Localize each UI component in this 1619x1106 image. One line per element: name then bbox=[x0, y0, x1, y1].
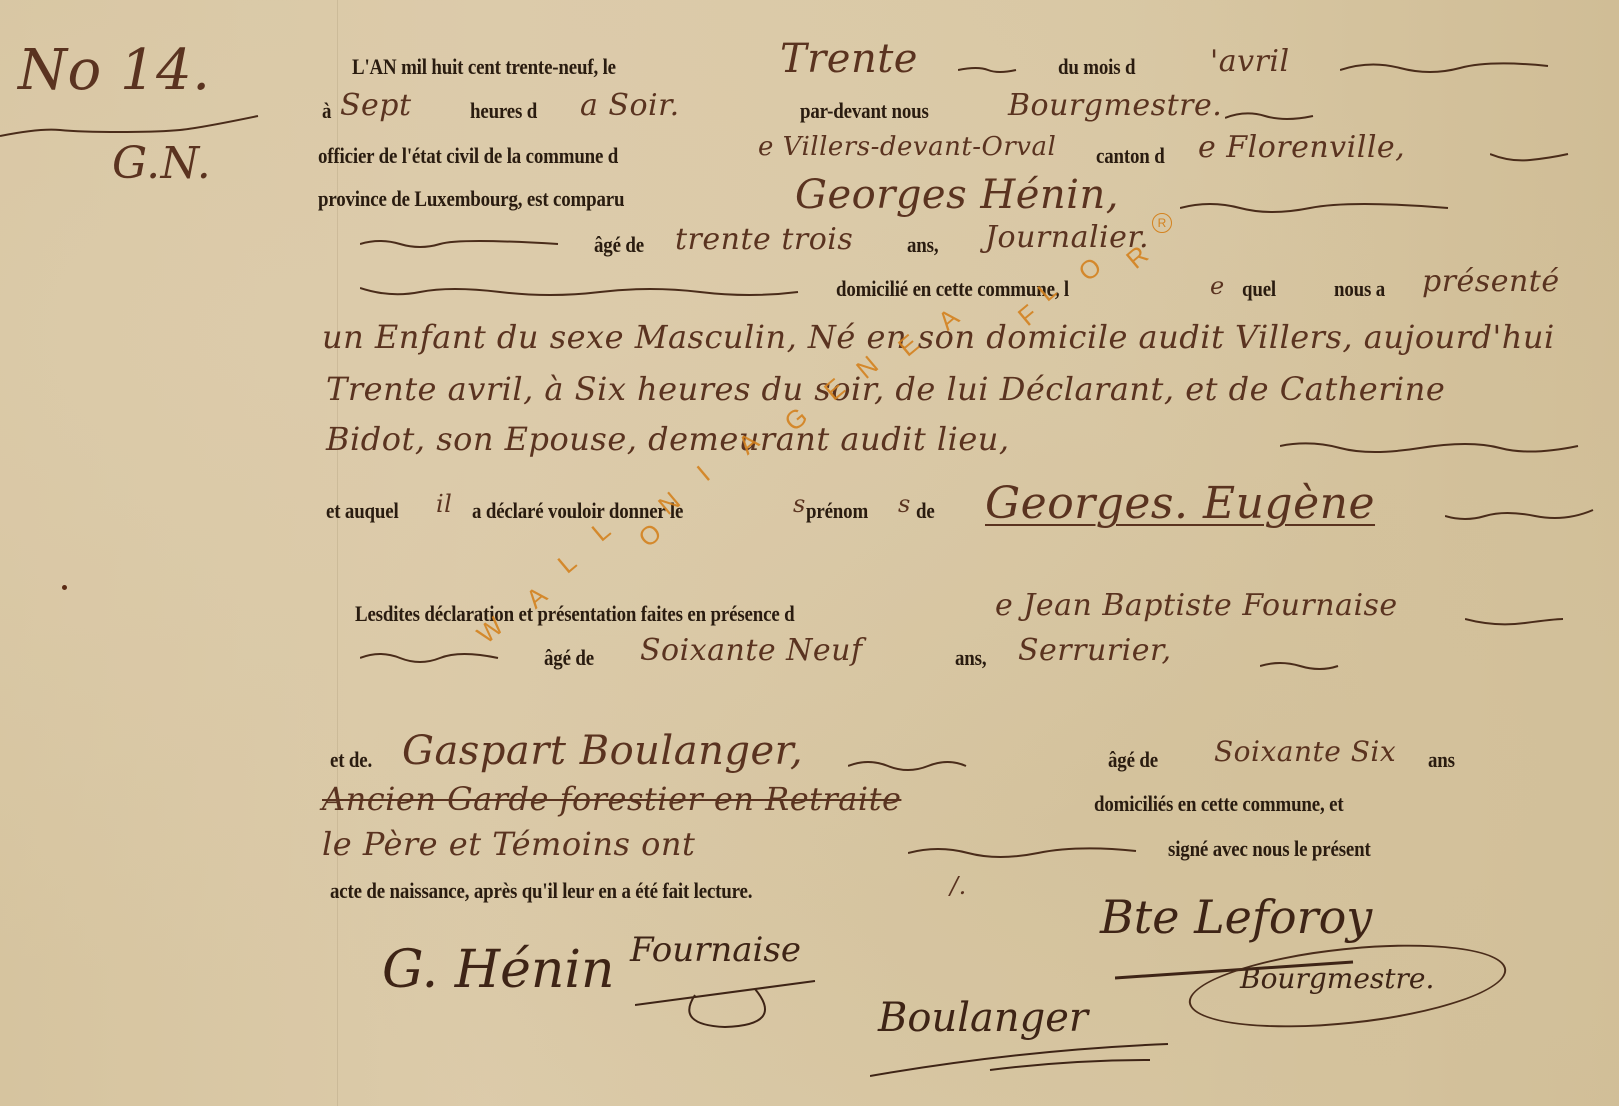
handwritten-canton: e Florenville, bbox=[1198, 130, 1405, 165]
printed-text: âgé de bbox=[1108, 747, 1158, 773]
printed-text: nous a bbox=[1334, 276, 1385, 302]
handwritten-time-of-day: a Soir. bbox=[580, 88, 680, 123]
handwritten-hour: Sept bbox=[340, 88, 412, 123]
ink-spot bbox=[62, 585, 67, 590]
printed-text: Lesdites déclaration et présentation fai… bbox=[355, 601, 794, 627]
printed-text: L'AN mil huit cent trente-neuf, le bbox=[352, 54, 616, 80]
handwritten-declarant-name: Georges Hénin, bbox=[795, 172, 1119, 218]
handwritten-mother-details: Bidot, son Epouse, demeurant audit lieu, bbox=[326, 420, 1010, 458]
handwritten-given-names: Georges. Eugène bbox=[985, 478, 1375, 529]
printed-text: acte de naissance, après qu'il leur en a… bbox=[330, 878, 752, 904]
signature-mayor-title: Bourgmestre. bbox=[1240, 962, 1434, 995]
handwritten-witness2-name: Gaspart Boulanger, bbox=[402, 728, 803, 774]
printed-text: ans, bbox=[907, 232, 938, 258]
printed-text: à bbox=[322, 98, 331, 124]
handwritten-month: 'avril bbox=[1210, 44, 1290, 79]
fill-flourish bbox=[1490, 150, 1570, 160]
printed-text: signé avec nous le présent bbox=[1168, 836, 1371, 862]
handwritten-witness1-age: Soixante Neuf bbox=[640, 633, 863, 668]
handwritten-pronoun: il bbox=[436, 490, 452, 518]
fill-flourish bbox=[1225, 110, 1315, 120]
printed-text: a déclaré vouloir donner le bbox=[472, 498, 683, 524]
printed-text: domiciliés en cette commune, et bbox=[1094, 791, 1343, 817]
printed-text: âgé de bbox=[544, 645, 594, 671]
margin-initials: G.N. bbox=[112, 138, 211, 189]
fill-flourish bbox=[360, 650, 500, 660]
margin-flourish bbox=[0, 108, 260, 118]
printed-text: domicilié en cette commune, l bbox=[836, 276, 1069, 302]
fill-flourish bbox=[360, 284, 800, 294]
fill-flourish bbox=[1465, 615, 1565, 625]
fill-flourish bbox=[848, 758, 968, 768]
signature-mayor: Bte Leforoy bbox=[1100, 890, 1372, 944]
printed-text: officier de l'état civil de la commune d bbox=[318, 143, 618, 169]
printed-text: et de. bbox=[330, 747, 372, 773]
handwritten-witness2-age: Soixante Six bbox=[1214, 735, 1396, 768]
handwritten-birth-details: Trente avril, à Six heures du soir, de l… bbox=[326, 370, 1445, 408]
fill-flourish bbox=[958, 64, 1018, 74]
printed-text: canton d bbox=[1096, 143, 1165, 169]
printed-text: du mois d bbox=[1058, 54, 1135, 80]
printed-text: et auquel bbox=[326, 498, 399, 524]
printed-text: ans bbox=[1428, 747, 1455, 773]
signature-father: G. Hénin bbox=[382, 940, 614, 1000]
printed-text: ans, bbox=[955, 645, 986, 671]
fill-flourish bbox=[1340, 60, 1550, 70]
handwritten-signatories: le Père et Témoins ont bbox=[322, 825, 695, 863]
handwritten-commune: e Villers-devant-Orval bbox=[758, 132, 1056, 162]
watermark-letter: L bbox=[552, 547, 583, 580]
printed-text: de bbox=[916, 498, 935, 524]
watermark-letter: I bbox=[691, 459, 716, 487]
handwritten-witness2-occupation: Ancien Garde forestier en Retraite bbox=[322, 780, 901, 818]
watermark-letter: O bbox=[1072, 251, 1107, 288]
handwritten-witness1-name: e Jean Baptiste Fournaise bbox=[995, 588, 1398, 623]
signature-flourish bbox=[635, 975, 835, 985]
fill-flourish bbox=[1280, 440, 1580, 450]
printed-text: province de Luxembourg, est comparu bbox=[318, 186, 624, 212]
fill-flourish bbox=[908, 845, 1138, 855]
signature-witness2: Boulanger bbox=[878, 995, 1088, 1041]
signature-witness1: Fournaise bbox=[630, 930, 801, 970]
handwritten-officer-title: Bourgmestre. bbox=[1008, 88, 1222, 123]
printed-text: heures d bbox=[470, 98, 537, 124]
handwritten-plural: s bbox=[793, 490, 806, 518]
fill-flourish bbox=[1180, 200, 1450, 210]
fill-flourish bbox=[360, 238, 560, 248]
fill-flourish bbox=[1445, 508, 1595, 518]
entry-number: No 14. bbox=[18, 38, 211, 103]
handwritten-age: trente trois bbox=[675, 222, 853, 257]
handwritten-suffix: e bbox=[1210, 272, 1225, 300]
handwritten-closing-mark: /. bbox=[950, 872, 967, 900]
fill-flourish bbox=[1260, 660, 1340, 670]
birth-certificate-page: No 14. G.N. L'AN mil huit cent trente-ne… bbox=[0, 0, 1619, 1106]
printed-text: par-devant nous bbox=[800, 98, 929, 124]
handwritten-day: Trente bbox=[780, 36, 918, 82]
printed-text: âgé de bbox=[594, 232, 644, 258]
handwritten-witness1-occupation: Serrurier, bbox=[1018, 633, 1172, 668]
signature-flourish bbox=[870, 1040, 1170, 1050]
handwritten-verb: présenté bbox=[1422, 264, 1560, 299]
printed-text: quel bbox=[1242, 276, 1276, 302]
registered-mark-icon: R bbox=[1152, 213, 1172, 233]
handwritten-birth-details: un Enfant du sexe Masculin, Né en son do… bbox=[322, 318, 1555, 356]
handwritten-plural: s bbox=[898, 490, 911, 518]
printed-text: prénom bbox=[806, 498, 868, 524]
